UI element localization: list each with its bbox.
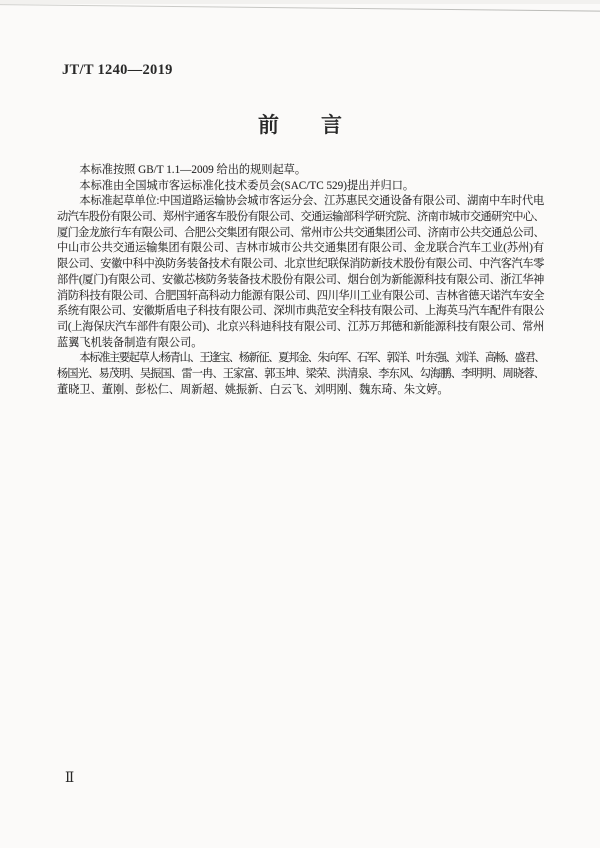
document-code: JT/T 1240—2019 xyxy=(62,62,173,79)
body-line: 消防科技有限公司、合肥国轩高科动力能源有限公司、四川华川工业有限公司、吉林省德天… xyxy=(57,289,544,305)
body-line: 本标准由全国城市客运标准化技术委员会(SAC/TC 529)提出并归口。 xyxy=(57,179,544,195)
body-line: 司(上海保庆汽车部件有限公司)、北京兴科迪科技有限公司、江苏万邦德和新能源科技有… xyxy=(57,320,544,336)
document-body: 本标准按照 GB/T 1.1—2009 给出的规则起草。本标准由全国城市客运标准… xyxy=(57,163,544,398)
scanned-document-page: JT/T 1240—2019 前 言 本标准按照 GB/T 1.1—2009 给… xyxy=(0,0,600,848)
body-line: 杨国光、易茂明、吴振国、雷一冉、王家富、郭玉坤、梁荣、洪清泉、李东风、勾海鹏、李… xyxy=(57,367,544,383)
body-line: 中山市公共交通运输集团有限公司、吉林市城市公共交通集团有限公司、金龙联合汽车工业… xyxy=(57,241,544,257)
body-line: 本标准起草单位:中国道路运输协会城市客运分会、江苏惠民交通设备有限公司、湖南中车… xyxy=(57,194,544,210)
body-line: 部件(厦门)有限公司、安徽芯核防务装备技术股份有限公司、烟台创为新能源科技有限公… xyxy=(57,273,544,289)
body-line: 系统有限公司、安徽斯盾电子科技有限公司、深圳市典范安全科技有限公司、上海英马汽车… xyxy=(57,304,544,320)
body-line: 限公司、安徽中科中涣防务装备技术有限公司、北京世纪联保消防新技术股份有限公司、中… xyxy=(57,257,544,273)
page-title: 前 言 xyxy=(0,113,600,137)
body-line: 本标准主要起草人:杨青山、王逢宝、杨新征、夏邦金、朱向军、石军、郭洋、叶东强、刘… xyxy=(57,351,544,367)
body-line: 本标准按照 GB/T 1.1—2009 给出的规则起草。 xyxy=(57,163,544,179)
scan-top-band xyxy=(0,0,600,4)
body-line: 动汽车股份有限公司、郑州宇通客车股份有限公司、交通运输部科学研究院、济南市城市交… xyxy=(57,210,544,226)
page-number: Ⅱ xyxy=(65,770,74,786)
body-line: 董晓卫、董刚、彭松仁、周新超、姚振新、白云飞、刘明刚、魏东琦、朱文婷。 xyxy=(57,383,544,399)
body-line: 厦门金龙旅行车有限公司、合肥公交集团有限公司、常州市公共交通集团公司、济南市公共… xyxy=(57,226,544,242)
scan-edge-line xyxy=(0,4,600,12)
body-line: 蓝翼飞机装备制造有限公司。 xyxy=(57,336,544,352)
